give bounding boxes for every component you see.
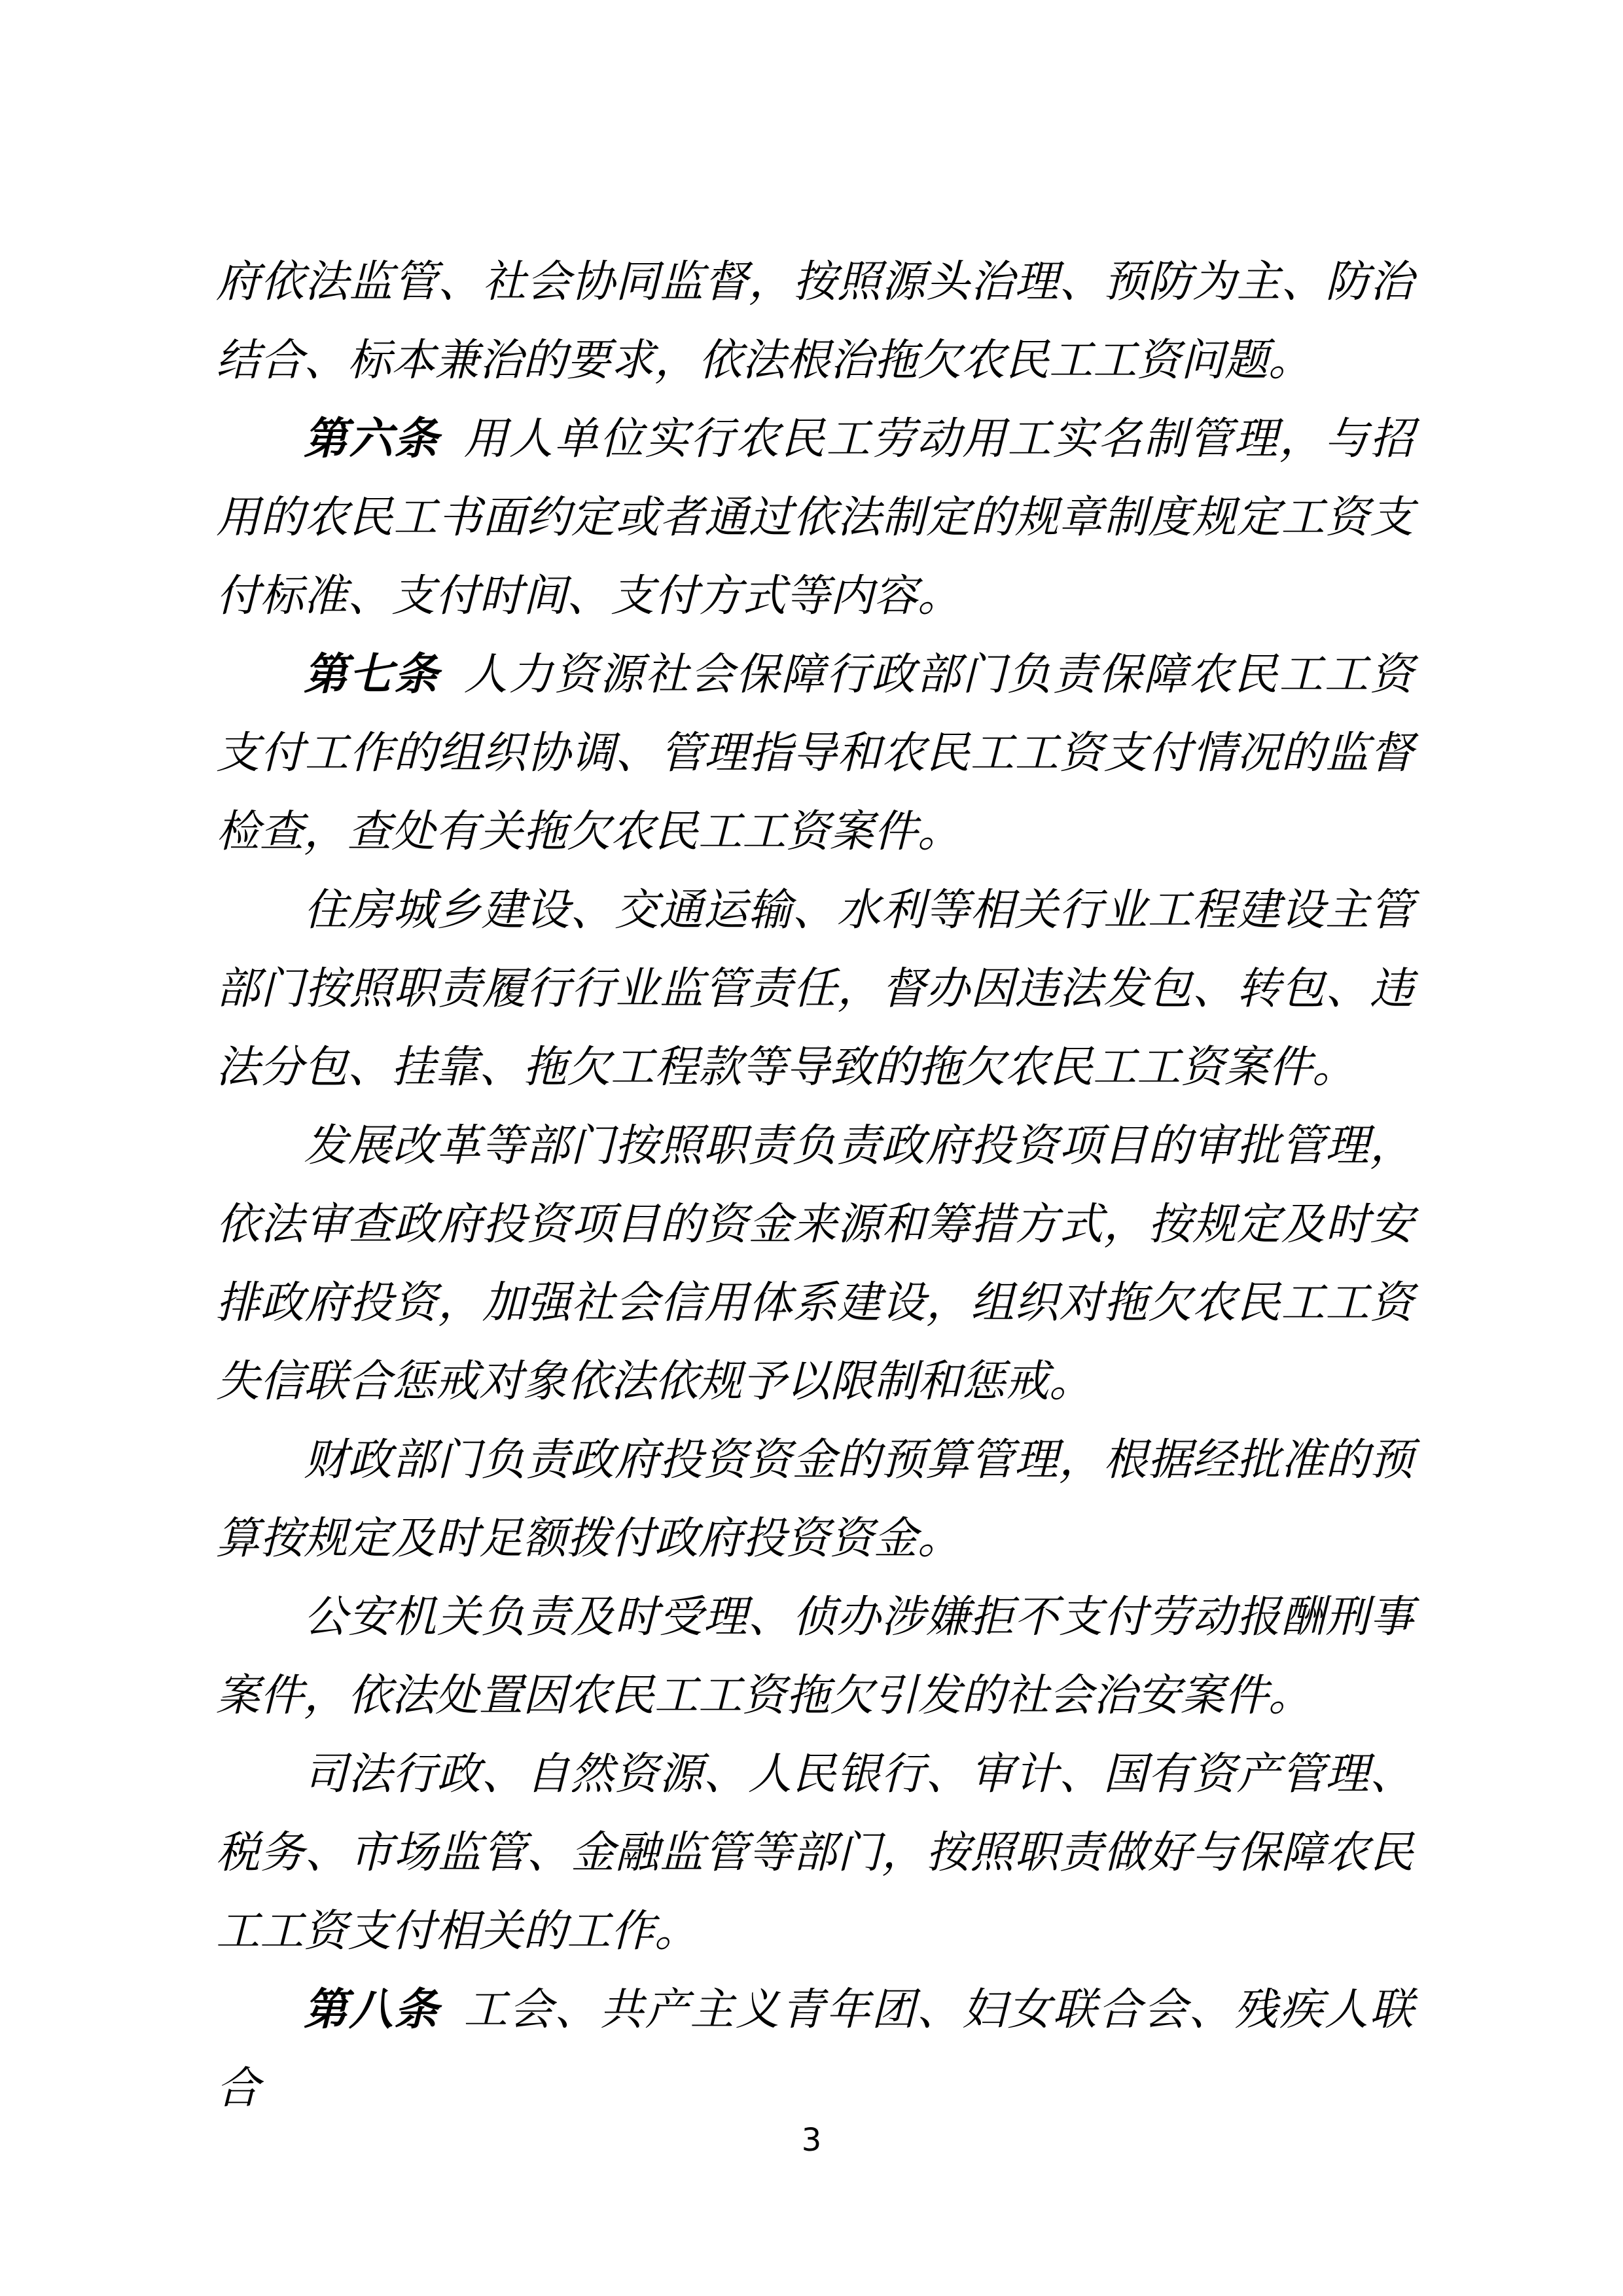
document-page: 府依法监管、社会协同监督，按照源头治理、预防为主、防治结合、标本兼治的要求，依法…	[0, 0, 1623, 2296]
paragraph-text: 住房城乡建设、交通运输、水利等相关行业工程建设主管部门按照职责履行行业监管责任，…	[216, 884, 1414, 1092]
paragraph-text: 发展改革等部门按照职责负责政府投资项目的审批管理，依法审查政府投资项目的资金来源…	[216, 1120, 1414, 1407]
article-label-article-8: 第八条	[304, 1983, 440, 2035]
paragraph: 第六条用人单位实行农民工劳动用工实名制管理，与招用的农民工书面约定或者通过依法制…	[216, 399, 1414, 635]
paragraph: 第八条工会、共产主义青年团、妇女联合会、残疾人联合	[216, 1970, 1414, 2127]
paragraph: 府依法监管、社会协同监督，按照源头治理、预防为主、防治结合、标本兼治的要求，依法…	[216, 242, 1414, 399]
paragraph: 发展改革等部门按照职责负责政府投资项目的审批管理，依法审查政府投资项目的资金来源…	[216, 1106, 1414, 1420]
article-label-article-7: 第七条	[304, 648, 440, 700]
paragraph-text: 财政部门负责政府投资资金的预算管理，根据经批准的预算按规定及时足额拨付政府投资资…	[216, 1434, 1414, 1564]
paragraph: 司法行政、自然资源、人民银行、审计、国有资产管理、税务、市场监管、金融监管等部门…	[216, 1734, 1414, 1970]
paragraph: 第七条人力资源社会保障行政部门负责保障农民工工资支付工作的组织协调、管理指导和农…	[216, 635, 1414, 870]
document-body: 府依法监管、社会协同监督，按照源头治理、预防为主、防治结合、标本兼治的要求，依法…	[216, 242, 1414, 2127]
paragraph: 财政部门负责政府投资资金的预算管理，根据经批准的预算按规定及时足额拨付政府投资资…	[216, 1420, 1414, 1577]
page-number: 3	[0, 2123, 1623, 2157]
paragraph: 住房城乡建设、交通运输、水利等相关行业工程建设主管部门按照职责履行行业监管责任，…	[216, 870, 1414, 1106]
paragraph-text: 公安机关负责及时受理、侦办涉嫌拒不支付劳动报酬刑事案件，依法处置因农民工工资拖欠…	[216, 1591, 1414, 1721]
paragraph-text: 司法行政、自然资源、人民银行、审计、国有资产管理、税务、市场监管、金融监管等部门…	[216, 1748, 1414, 1956]
paragraph-text: 府依法监管、社会协同监督，按照源头治理、预防为主、防治结合、标本兼治的要求，依法…	[216, 256, 1414, 386]
paragraph: 公安机关负责及时受理、侦办涉嫌拒不支付劳动报酬刑事案件，依法处置因农民工工资拖欠…	[216, 1577, 1414, 1734]
article-label-article-6: 第六条	[304, 412, 440, 464]
